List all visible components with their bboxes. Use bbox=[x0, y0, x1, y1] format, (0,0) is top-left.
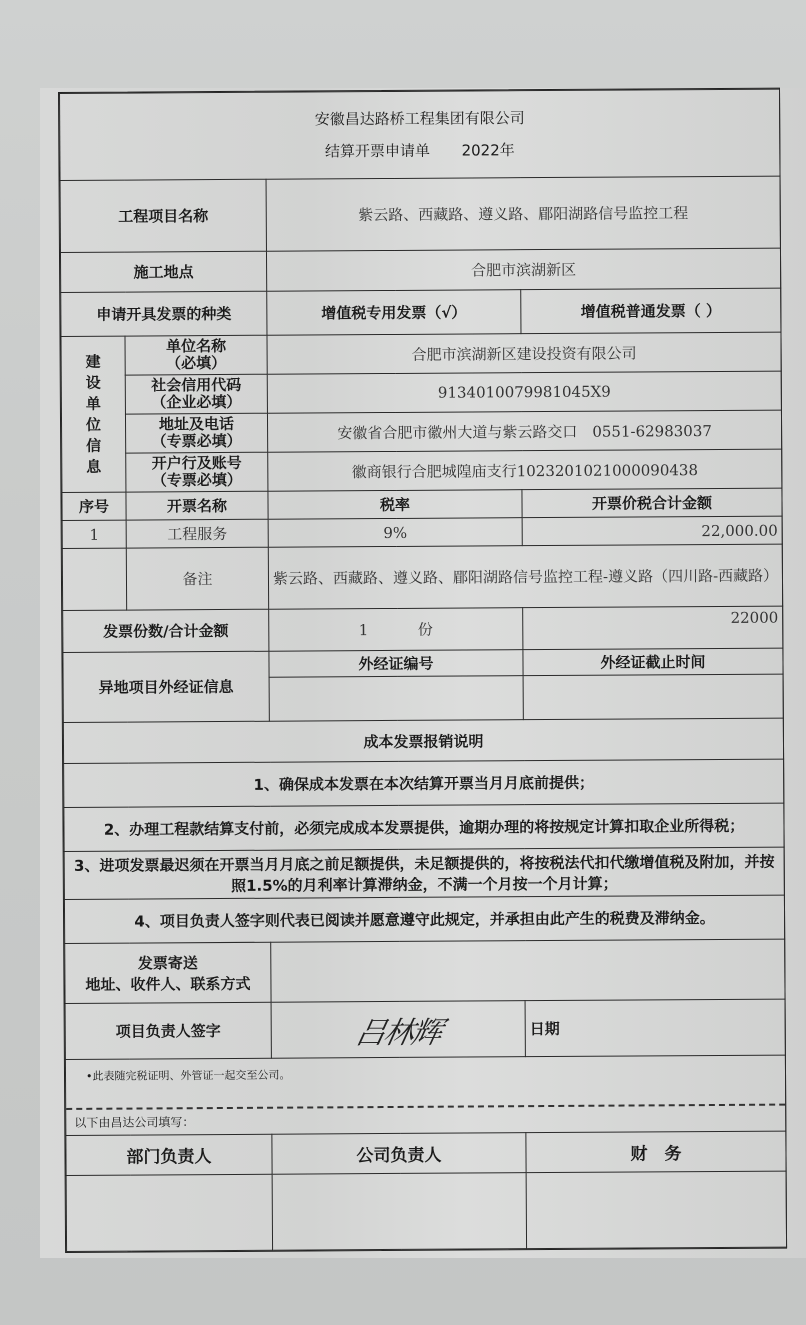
address-phone-label: 地址及电话 （专票必填） bbox=[125, 413, 267, 453]
address-phone-value[interactable]: 安徽省合肥市徽州大道与紫云路交口 0551-62983037 bbox=[267, 410, 781, 452]
invoice-type-label: 申请开具发票的种类 bbox=[61, 291, 267, 336]
form-header: 安徽昌达路桥工程集团有限公司 结算开票申请单 2022年 bbox=[60, 89, 781, 180]
form-title: 结算开票申请单 bbox=[325, 142, 430, 161]
invoice-count[interactable]: 1 份 bbox=[269, 608, 523, 652]
col-header-amount: 开票价税合计金额 bbox=[522, 488, 782, 518]
finance-header: 财 务 bbox=[526, 1131, 786, 1173]
note-4: 4、项目负责人签字则代表已阅读并愿意遵守此规定，并承担由此产生的税费及滞纳金。 bbox=[64, 895, 784, 943]
unit-name-label: 单位名称 （必填） bbox=[125, 335, 267, 375]
item-rate[interactable]: 9% bbox=[268, 518, 522, 548]
item-name[interactable]: 工程服务 bbox=[126, 519, 268, 548]
item-amount[interactable]: 22,000.00 bbox=[522, 516, 782, 546]
project-name-label: 工程项目名称 bbox=[60, 179, 266, 252]
cost-invoice-title: 成本发票报销说明 bbox=[63, 718, 783, 763]
unit-name-value[interactable]: 合肥市滨湖新区建设投资有限公司 bbox=[267, 332, 781, 374]
mailing-label: 发票寄送 地址、收件人、联系方式 bbox=[65, 942, 271, 1003]
remark-label: 备注 bbox=[126, 547, 268, 610]
note-1: 1、确保成本发票在本次结算开票当月月底前提供； bbox=[64, 759, 784, 807]
bank-account-label: 开户行及账号 （专票必填） bbox=[126, 452, 268, 492]
finance-sign[interactable] bbox=[526, 1171, 786, 1249]
invoice-application-form: 安徽昌达路桥工程集团有限公司 结算开票申请单 2022年 工程项目名称 紫云路、… bbox=[58, 88, 787, 1253]
credit-code-value[interactable]: 9134010079981045X9 bbox=[267, 371, 781, 413]
company-fill-intro: 以下由昌达公司填写： bbox=[66, 1106, 785, 1135]
col-header-no: 序号 bbox=[62, 492, 126, 520]
site-label: 施工地点 bbox=[60, 251, 266, 292]
dept-head-header: 部门负责人 bbox=[66, 1134, 272, 1175]
signature: 吕林辉 bbox=[352, 1007, 445, 1052]
note-2: 2、办理工程款结算支付前，必须完成成本发票提供，逾期办理的将按规定计算扣取企业所… bbox=[64, 803, 784, 851]
credit-code-label: 社会信用代码 （企业必填） bbox=[125, 374, 267, 414]
cert-number-value[interactable] bbox=[269, 676, 523, 722]
external-cert-label: 异地项目外经证信息 bbox=[63, 651, 269, 722]
builder-info-group-label: 建 设 单 位 信 息 bbox=[61, 336, 126, 492]
company-name: 安徽昌达路桥工程集团有限公司 bbox=[64, 101, 775, 137]
dept-head-sign[interactable] bbox=[66, 1174, 272, 1251]
col-header-name: 开票名称 bbox=[126, 491, 268, 520]
special-vat-option[interactable]: 增值税专用发票（√） bbox=[267, 290, 521, 336]
cert-number-header: 外经证编号 bbox=[269, 650, 523, 678]
site-value[interactable]: 合肥市滨湖新区 bbox=[266, 248, 780, 291]
remark-blank bbox=[62, 548, 126, 610]
date-field[interactable]: 日期 bbox=[525, 999, 785, 1057]
remark-value[interactable]: 紫云路、西藏路、遵义路、郿阳湖路信号监控工程-遵义路（四川路-西藏路） bbox=[268, 544, 782, 609]
company-head-header: 公司负责人 bbox=[272, 1133, 526, 1175]
totals-label: 发票份数/合计金额 bbox=[63, 609, 269, 652]
project-name-value[interactable]: 紫云路、西藏路、遵义路、郿阳湖路信号监控工程 bbox=[266, 176, 780, 251]
bank-account-value[interactable]: 徽商银行合肥城隍庙支行1023201021000090438 bbox=[268, 449, 782, 491]
signoff-label: 项目负责人签字 bbox=[65, 1002, 271, 1059]
form-year: 2022年 bbox=[462, 141, 515, 159]
date-label: 日期 bbox=[530, 1020, 560, 1038]
footnote: •此表随完税证明、外管证一起交至公司。 bbox=[66, 1056, 785, 1092]
table-row: 1 工程服务 9% 22,000.00 bbox=[62, 516, 782, 548]
col-header-rate: 税率 bbox=[268, 490, 522, 520]
cert-expiry-header: 外经证截止时间 bbox=[523, 648, 783, 676]
total-amount[interactable]: 22000 bbox=[523, 606, 783, 650]
company-head-sign[interactable] bbox=[272, 1173, 526, 1251]
signature-field[interactable]: 吕林辉 bbox=[271, 1001, 525, 1059]
general-vat-option[interactable]: 增值税普通发票（ ） bbox=[521, 288, 781, 334]
item-no[interactable]: 1 bbox=[62, 520, 126, 548]
footer-section: •此表随完税证明、外管证一起交至公司。 以下由昌达公司填写： bbox=[65, 1055, 785, 1135]
mailing-value[interactable] bbox=[271, 939, 785, 1002]
cert-expiry-value[interactable] bbox=[523, 674, 783, 720]
note-3: 3、进项发票最迟须在开票当月月底之前足额提供，未足额提供的，将按税法代扣代缴增值… bbox=[64, 847, 784, 899]
